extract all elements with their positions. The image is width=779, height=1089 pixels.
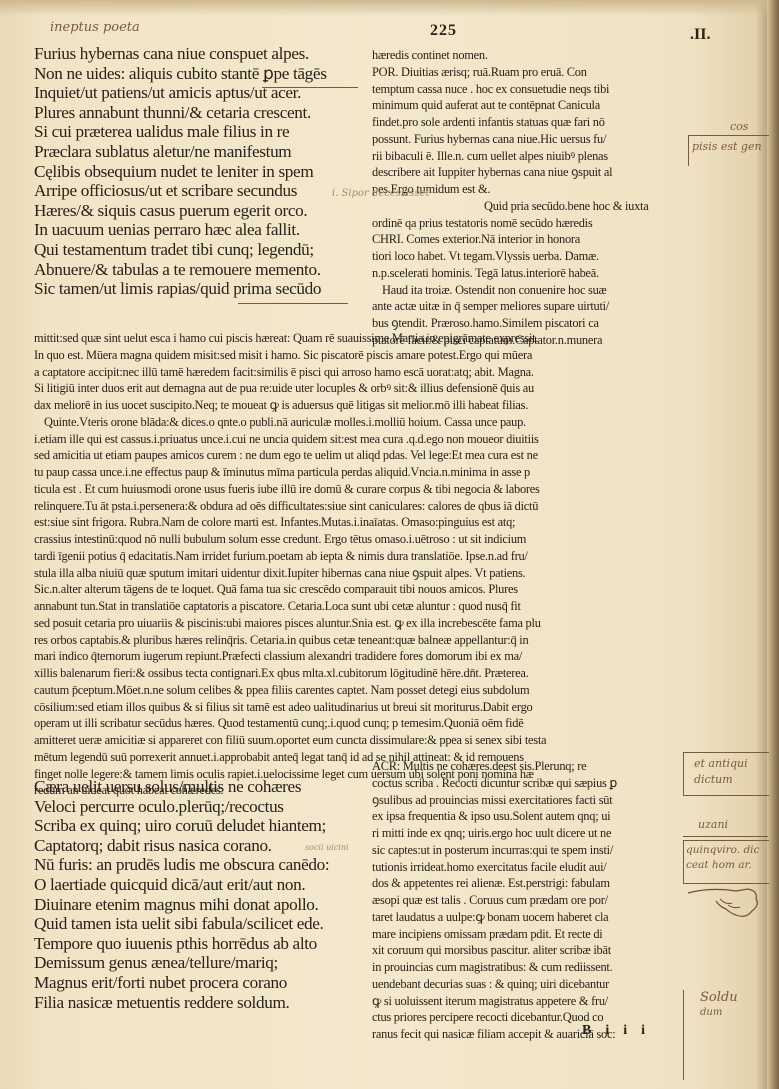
verse-block-top: Furius hybernas cana niue conspuet alpes…	[34, 44, 327, 299]
commentary-line: ri mitti inde ex qnq; uiris.ergo hoc uul…	[372, 825, 678, 842]
commentary-right-bottom: ACR: Multis ne cohæres.deest sis.Plerunq…	[372, 758, 678, 1043]
annotation-right-upper: pisis est gen	[692, 140, 762, 153]
commentary-line: mittit:sed quæ sint uelut esca i hamo cu…	[34, 330, 678, 347]
underline-mark	[238, 303, 348, 304]
verse-line: Sic tamen/ut limis rapias/quid prima sec…	[34, 279, 327, 299]
commentary-line: describere ait Iuppiter hybernas cana ni…	[372, 164, 678, 181]
annotation-right-box2: quinqviro. dic ceat hom ar.	[686, 843, 759, 873]
commentary-line: uendebant decurias suas : & quinq; uiri …	[372, 976, 678, 993]
commentary-line: Sic.n.alter alterum tāgens de te loquet.…	[34, 581, 678, 598]
commentary-line: ꝯsulibus ad prouincias missi exercitatio…	[372, 792, 678, 809]
verse-block-bottom: Cæra uelit uersu solus/multis ne cohæres…	[34, 777, 329, 1012]
commentary-line: hæredis continet nomen.	[372, 47, 678, 64]
verse-line: Si cui præterea ualidus male filius in r…	[34, 122, 327, 142]
verse-line: Cæra uelit uersu solus/multis ne cohæres	[34, 777, 329, 797]
commentary-line: Si litigiū inter duos erit aut demagna a…	[34, 380, 678, 397]
commentary-line: possunt. Furius hybernas cana niue.Hic u…	[372, 131, 678, 148]
verse-line: Hæres/& siquis casus puerum egerit orco.	[34, 201, 327, 221]
annotation-top-left: ineptus poeta	[50, 20, 140, 35]
commentary-line: in prouincias cum magistratibus: & cum r…	[372, 959, 678, 976]
commentary-line: stula illa alba niuiū quæ sputum imitari…	[34, 565, 678, 582]
commentary-line: mare incipiens omissam prædam pdit. Et r…	[372, 926, 678, 943]
commentary-line: operam ut illi scribatur secūdus hæres. …	[34, 715, 678, 732]
verse-line: Furius hybernas cana niue conspuet alpes…	[34, 44, 327, 64]
commentary-line: coctus scriba . Recocti dicuntur scribæ …	[372, 775, 678, 792]
commentary-line: n.p.scelerati hominis. Tegā latus.interi…	[372, 265, 678, 282]
commentary-line: CHRI. Comes exterior.Nā interior in hono…	[372, 231, 678, 248]
commentary-line: ante actæ uitæ in q̄ semper meliores sup…	[372, 298, 678, 315]
verse-line: Plures annabunt thunni/& cetaria crescen…	[34, 103, 327, 123]
commentary-line: xit coruum qui morsibus pascitur. aliter…	[372, 942, 678, 959]
verse-line: Qui testamentum tradet tibi cunq; legend…	[34, 240, 327, 260]
commentary-line: est:siue sint frigora. Rubra.Nam de colo…	[34, 514, 678, 531]
commentary-line: temptum cassa nuce . hoc ex consuetudie …	[372, 81, 678, 98]
page-top-shadow	[0, 0, 779, 16]
commentary-line: ordinē qa prius testatoris nomē secūdo h…	[372, 215, 678, 232]
verse-line: Abnuere/& tabulas a te remouere memento.	[34, 260, 327, 280]
commentary-line: minimum quid auferat aut te contēpnat Ca…	[372, 97, 678, 114]
verse-line: Captatorq; dabit risus nasica corano.	[34, 836, 329, 856]
annotation-rule	[683, 836, 768, 837]
commentary-line: sic captes:ut in posterum incurras:qui t…	[372, 842, 678, 859]
verse-line: Tempore quo iuuenis pthis horrēdus ab al…	[34, 934, 329, 954]
commentary-line: In quo est. Mūera magna quidem misit:sed…	[34, 347, 678, 364]
commentary-line: i.etiam ille qui est cassus.i.priuatus u…	[34, 431, 678, 448]
commentary-line: æsopi quæ est talis . Coruus cum prædam …	[372, 892, 678, 909]
commentary-line: tiori loco habet. Vt tegam.Vlyssis uerba…	[372, 248, 678, 265]
commentary-line: dos & appetentes rei alienæ. Est.perstri…	[372, 875, 678, 892]
commentary-line: Quid pria secūdo.bene hoc & iuxta	[372, 198, 678, 215]
signature-top: .II.	[690, 26, 710, 44]
commentary-line: dax meliorē in ius uocet suscipito.Neq; …	[34, 397, 678, 414]
annotation-mid-left: i. Sipor decessisset	[332, 188, 430, 199]
verse-line: Arripe officiosus/ut et scribare secundu…	[34, 181, 327, 201]
commentary-line: tutionis irrideat.homo exercitatus facil…	[372, 859, 678, 876]
commentary-line: amitteret ueræ amicitiæ si appareret con…	[34, 732, 678, 749]
commentary-line: mari indico q̄ternorum iugerum repiunt.P…	[34, 648, 678, 665]
commentary-line: ticula est . Et cum huiusmodi orone usus…	[34, 481, 678, 498]
annotation-right-box1: et antiqui dictum	[694, 756, 748, 788]
commentary-line: Haud ita troiæ. Ostendit non conuenire h…	[372, 282, 678, 299]
underline-mark	[262, 87, 358, 88]
verse-line: Demissum genus ænea/tellure/mariq;	[34, 953, 329, 973]
commentary-line: sed posuit cetaria pro uiuariis & piscin…	[34, 615, 678, 632]
annotation-right-bottom: Soldu dum	[700, 990, 738, 1020]
commentary-line: res orbos captabis.& pluribus hæres reli…	[34, 632, 678, 649]
verse-line: Præclara sublatus aletur/ne manifestum	[34, 142, 327, 162]
commentary-line: cōsilium:sed etiam illos quibus & si fil…	[34, 699, 678, 716]
commentary-full: mittit:sed quæ sint uelut esca i hamo cu…	[34, 330, 678, 799]
verse-line: Cęlibis obsequium nudet te leniter in sp…	[34, 162, 327, 182]
annotation-rule	[683, 990, 684, 1080]
verse-line: Scriba ex quinq; uiro coruū deludet hian…	[34, 816, 329, 836]
commentary-line: ꝙ si uoluissent iterum magistratus appet…	[372, 993, 678, 1010]
commentary-line: xillis balenarum fieri:& ossibus tecta c…	[34, 665, 678, 682]
commentary-line: tardi īgenii potius q̄ edacitatis.Nam ir…	[34, 548, 678, 565]
verse-line: In uacuum uenias perraro hæc alea fallit…	[34, 220, 327, 240]
annotation-right-upper-top: cos	[730, 120, 748, 133]
page-number: 225	[430, 22, 457, 40]
commentary-line: rii bibaculi ē. Ille.n. cum uellet alpes…	[372, 148, 678, 165]
commentary-line: ACR: Multis ne cohæres.deest sis.Plerunq…	[372, 758, 678, 775]
commentary-line: tu paup cassa unce.i.ne effectus paup & …	[34, 464, 678, 481]
signature-bottom: Biii	[582, 1023, 659, 1039]
verse-line: Nū furis: an prudēs ludis me obscura can…	[34, 855, 329, 875]
commentary-line: sed amicitia ut etiam paupes amicos cure…	[34, 447, 678, 464]
commentary-line: Quinte.Vteris orone blāda:& dices.o qnte…	[34, 414, 678, 431]
annotation-right-word: uzani	[698, 818, 728, 831]
verse-line: Non ne uides: aliquis cubito stantē ꝑpe …	[34, 64, 327, 84]
verse-line: O laertiade quicquid dicā/aut erit/aut n…	[34, 875, 329, 895]
commentary-line: POR. Diuitias ærisq; ruā.Ruam pro eruā. …	[372, 64, 678, 81]
commentary-line: taret laudatus a uulpe:ꝙ bonam uocem hab…	[372, 909, 678, 926]
verse-line: Filia nasicæ metuentis reddere soldum.	[34, 993, 329, 1013]
verse-line: Veloci percurre oculo.plerūq;/recoctus	[34, 797, 329, 817]
commentary-line: crassius intestinū:quod nō nulli bubulum…	[34, 531, 678, 548]
commentary-line: findet.pro sole ardenti infantis statuas…	[372, 114, 678, 131]
commentary-line: cautum p̄ceptum.Mōet.n.ne solum celibes …	[34, 682, 678, 699]
verse-line: Magnus erit/forti nubet procera corano	[34, 973, 329, 993]
commentary-line: relinquere.Tu āt psta.i.persenera:& obdu…	[34, 498, 678, 515]
verse-line: Quid tamen ista uelit sibi fabula/scilic…	[34, 914, 329, 934]
verse-line: Diuinare etenim magnus mihi donat apollo…	[34, 895, 329, 915]
commentary-line: annabunt tun.Stat in translatiōe captato…	[34, 598, 678, 615]
commentary-line: ex ipsa frequentia & ipso usu.Solent aut…	[372, 808, 678, 825]
commentary-line: a captatore accipit:nec illū tamē hærede…	[34, 364, 678, 381]
manicule-icon	[686, 885, 766, 925]
